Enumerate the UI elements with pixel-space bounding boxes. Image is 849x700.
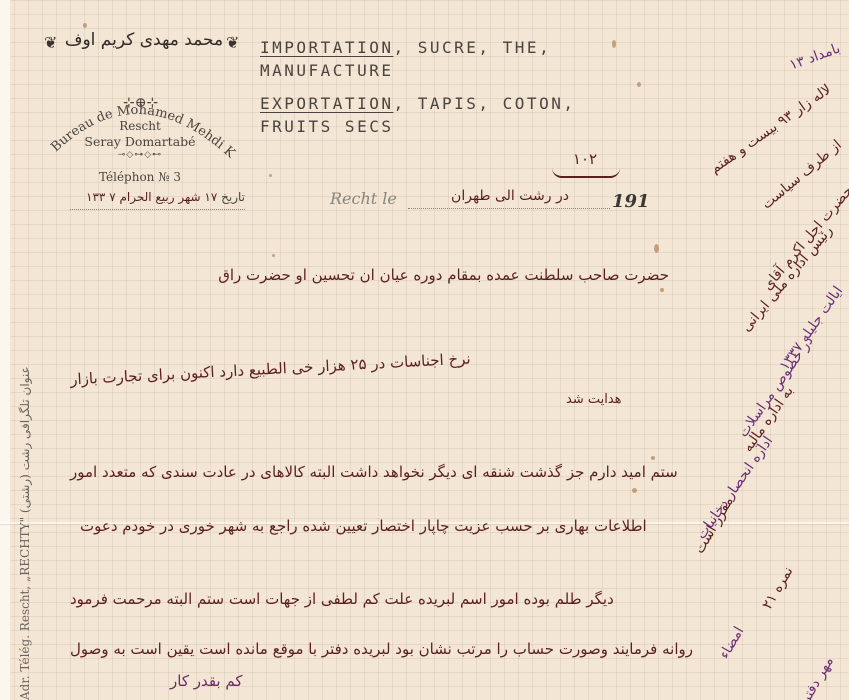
ornamental-emblem-icon: ⊹⊕⊹ (123, 95, 158, 111)
owner-name-persian: محمد مهدی کریم اوف (44, 30, 244, 50)
business-line-rest: , SUCRE, THE, (393, 38, 551, 57)
business-line: FRUITS SECS (260, 115, 575, 138)
page-margin (0, 0, 10, 700)
body-line: حضرت صاحب سلطنت عمده بمقام دوره عیان ان … (218, 266, 669, 284)
business-description: IMPORTATION, SUCRE, THE, MANUFACTURE EXP… (260, 36, 575, 138)
business-line: IMPORTATION, SUCRE, THE, (260, 36, 575, 59)
persian-date-label: تاریخ (221, 190, 245, 204)
margin-note: نمره ۲۱ (760, 564, 797, 612)
body-line: هدایت شد (566, 392, 622, 407)
place-dotted-line (408, 208, 610, 209)
paper-stain (612, 40, 616, 48)
body-line: دیگر طلم بوده امور اسم لبریده علت کم لطف… (70, 590, 614, 608)
printed-year: 191 (612, 191, 650, 212)
business-line-rest: MANUFACTURE (260, 61, 393, 80)
business-line: EXPORTATION, TAPIS, COTON, (260, 92, 575, 115)
margin-note: در خصوص مراسلات (735, 333, 816, 440)
body-line: ستم امید دارم جز گذشت شنقه ای دیگر نخواه… (70, 463, 678, 481)
business-line-rest: , TAPIS, COTON, (393, 94, 575, 113)
divider-ornament: ⊸◇⊶◇⊷ (40, 150, 240, 160)
place-label: Recht le (330, 189, 397, 208)
business-line: MANUFACTURE (260, 59, 575, 82)
body-line: کم بقدر کار (170, 672, 243, 690)
business-line-underlined: EXPORTATION (260, 94, 393, 113)
persian-date: تاریخ ۱۷ شهر ربیع الحرام ۷ ۱۳۳ (70, 190, 245, 204)
margin-note: امضاء (716, 624, 747, 662)
persian-date-value: ۱۷ شهر ربیع الحرام ۷ ۱۳۳ (86, 190, 217, 204)
paper-stain (632, 488, 637, 493)
business-line-underlined: IMPORTATION (260, 38, 393, 57)
paper-stain (269, 174, 272, 177)
letterhead-city: Rescht (40, 119, 240, 133)
telegraph-address: Adr. Télég. Rescht, „RECHTY" (رشتی) عنوا… (18, 366, 32, 700)
place-handwritten: در رشت الی طهران (430, 188, 590, 204)
reference-underline (552, 168, 620, 178)
paper-stain (272, 254, 275, 257)
body-line: اطلاعات بهاری بر حسب عزیت چاپار اختصار ت… (80, 517, 647, 535)
paper-stain (637, 82, 641, 87)
body-line: نرخ اجناسات در ۲۵ هزار خی الطبیع دارد اک… (70, 350, 471, 389)
business-line-rest: FRUITS SECS (260, 117, 393, 136)
letterhead-street: Seray Domartabé (40, 134, 240, 149)
letterhead-telephone: Téléphon № 3 (40, 170, 240, 184)
margin-note: بامداد ۱۳ (788, 40, 843, 73)
margin-annotations: بامداد ۱۳ لاله زار ۹۳ بیست و هفتم از طرف… (650, 40, 849, 700)
paper-stain (83, 23, 87, 28)
margin-note: مهر دفتر (798, 654, 837, 700)
flourish-icon: ❦ (226, 33, 239, 52)
body-line: روانه فرمایند وصورت حساب را مرتب نشان بو… (70, 640, 693, 658)
scanned-letter: ❦ محمد مهدی کریم اوف ❦ Bureau de Mohamed… (0, 0, 849, 700)
